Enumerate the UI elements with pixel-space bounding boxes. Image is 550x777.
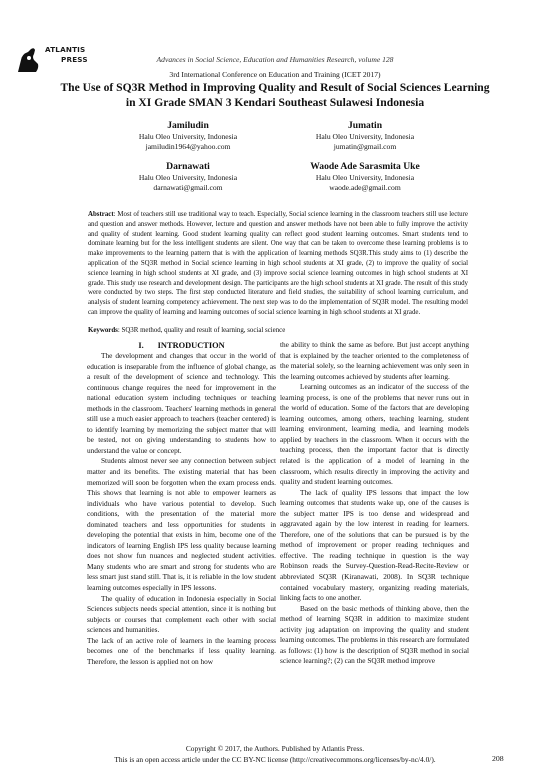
keywords-text: : SQ3R method, quality and result of lea…: [118, 327, 285, 334]
right-column: the ability to think the same as before.…: [280, 340, 469, 667]
author-email: waode.ade@gmail.com: [265, 183, 465, 193]
abstract: Abstract: Most of teachers still use tra…: [88, 210, 468, 318]
keywords: Keywords: SQ3R method, quality and resul…: [88, 326, 468, 336]
copyright-notice: Copyright © 2017, the Authors. Published…: [0, 744, 550, 753]
author-name: Waode Ade Sarasmita Uke: [265, 160, 465, 173]
paragraph: Based on the basic methods of thinking a…: [280, 604, 469, 667]
paragraph: The lack of quality IPS lessons that imp…: [280, 488, 469, 604]
author-name: Jamiludin: [88, 119, 288, 132]
author-email: jumatin@gmail.com: [265, 142, 465, 152]
abstract-text: : Most of teachers still use traditional…: [88, 211, 468, 316]
section-title: INTRODUCTION: [158, 341, 225, 350]
paragraph: Students almost never see any connection…: [87, 456, 276, 593]
conference-line: 3rd International Conference on Educatio…: [0, 70, 550, 79]
author-block: Darnawati Halu Oleo University, Indonesi…: [88, 160, 288, 193]
journal-line: Advances in Social Science, Education an…: [0, 55, 550, 64]
keywords-label: Keywords: [88, 327, 118, 334]
author-email: darnawati@gmail.com: [88, 183, 288, 193]
author-affiliation: Halu Oleo University, Indonesia: [88, 132, 288, 142]
paper-title: The Use of SQ3R Method in Improving Qual…: [60, 80, 490, 110]
author-name: Jumatin: [265, 119, 465, 132]
paragraph: the ability to think the same as before.…: [280, 340, 469, 382]
section-heading: I.INTRODUCTION: [87, 340, 276, 351]
author-block: Jumatin Halu Oleo University, Indonesia …: [265, 119, 465, 152]
author-affiliation: Halu Oleo University, Indonesia: [88, 173, 288, 183]
author-affiliation: Halu Oleo University, Indonesia: [265, 132, 465, 142]
license-notice: This is an open access article under the…: [0, 755, 550, 764]
author-block: Waode Ade Sarasmita Uke Halu Oleo Univer…: [265, 160, 465, 193]
author-block: Jamiludin Halu Oleo University, Indonesi…: [88, 119, 288, 152]
paragraph: Learning outcomes as an indicator of the…: [280, 382, 469, 487]
left-column: I.INTRODUCTION The development and chang…: [87, 340, 276, 667]
author-name: Darnawati: [88, 160, 288, 173]
paragraph: The development and changes that occur i…: [87, 351, 276, 456]
paragraph: The quality of education in Indonesia es…: [87, 594, 276, 636]
paragraph: The lack of an active role of learners i…: [87, 636, 276, 668]
abstract-label: Abstract: [88, 211, 114, 218]
logo-line-1: ATLANTIS: [45, 45, 85, 54]
page-number: 208: [492, 754, 504, 763]
section-number: I.: [138, 341, 143, 350]
author-affiliation: Halu Oleo University, Indonesia: [265, 173, 465, 183]
author-email: jamiludin1964@yahoo.com: [88, 142, 288, 152]
